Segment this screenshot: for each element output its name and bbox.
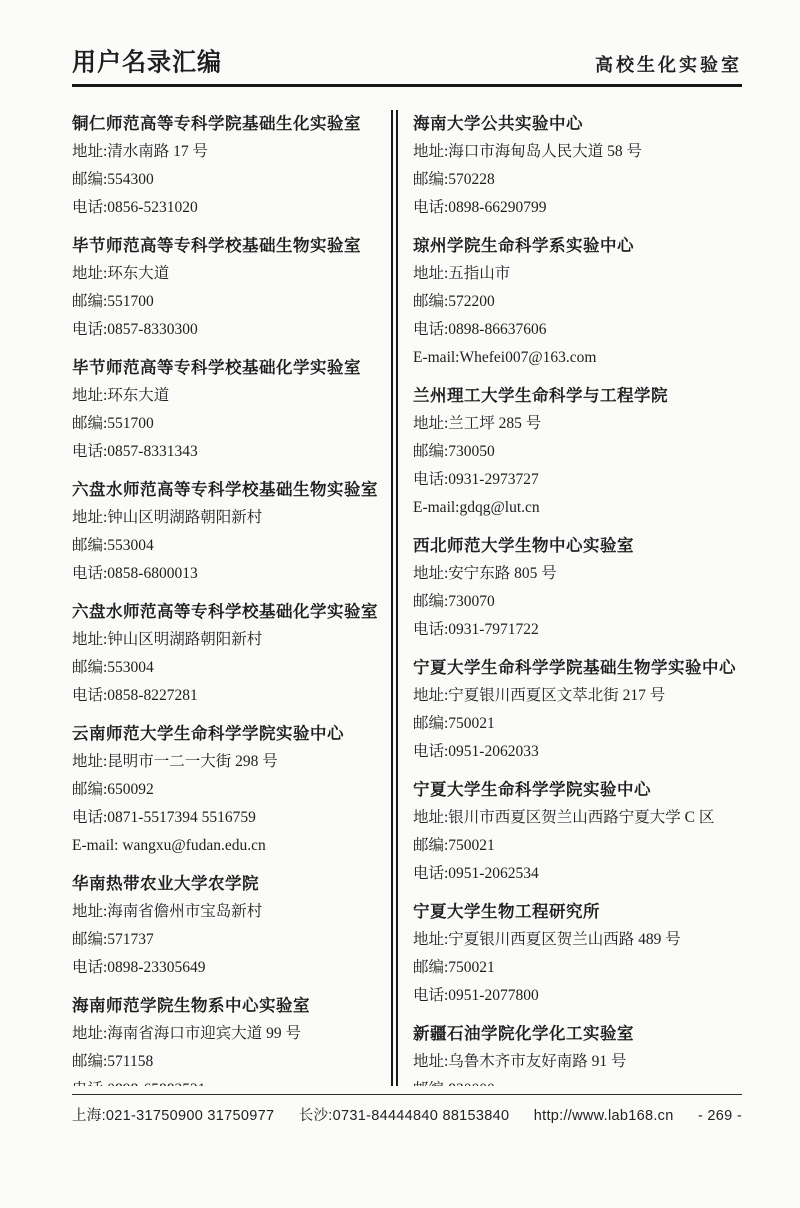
entry-title: 宁夏大学生命科学学院基础生物学实验中心 (413, 654, 742, 682)
page-footer: 上海:021-31750900 31750977 长沙:0731-8444484… (72, 1104, 742, 1125)
entry-line: 地址:钟山区明湖路朝阳新村 (72, 504, 389, 532)
entry-line: 地址:安宁东路 805 号 (413, 560, 742, 588)
entry-title: 琼州学院生命科学系实验中心 (413, 232, 742, 260)
entry-title: 云南师范大学生命科学学院实验中心 (72, 720, 389, 748)
entry-line: 电话:0951-2077800 (413, 982, 742, 1010)
entry-title: 西北师范大学生物中心实验室 (413, 532, 742, 560)
entry-title: 华南热带农业大学农学院 (72, 870, 389, 898)
entry-line: 邮编:750021 (413, 710, 742, 738)
page-header: 用户名录汇编 高校生化实验室 (72, 42, 742, 77)
directory-entry: 兰州理工大学生命科学与工程学院地址:兰工坪 285 号邮编:730050电话:0… (413, 382, 742, 522)
entry-line: 电话:0898-86637606 (413, 316, 742, 344)
directory-entry: 华南热带农业大学农学院地址:海南省儋州市宝岛新村邮编:571737电话:0898… (72, 870, 389, 982)
entry-line: 电话:0871-5517394 5516759 (72, 804, 389, 832)
entry-line: 邮编:830000 (413, 1076, 742, 1086)
section-title: 高校生化实验室 (595, 51, 742, 77)
entry-line: 地址:钟山区明湖路朝阳新村 (72, 626, 389, 654)
directory-entry: 新疆石油学院化学化工实验室地址:乌鲁木齐市友好南路 91 号邮编:830000 (413, 1020, 742, 1086)
entry-title: 毕节师范高等专科学校基础生物实验室 (72, 232, 389, 260)
directory-entry: 宁夏大学生命科学学院实验中心地址:银川市西夏区贺兰山西路宁夏大学 C 区邮编:7… (413, 776, 742, 888)
entry-line: 邮编:730070 (413, 588, 742, 616)
entry-line: 地址:昆明市一二一大街 298 号 (72, 748, 389, 776)
entry-line: 邮编:553004 (72, 532, 389, 560)
entry-title: 宁夏大学生命科学学院实验中心 (413, 776, 742, 804)
entry-title: 宁夏大学生物工程研究所 (413, 898, 742, 926)
entry-line: 电话:0858-8227281 (72, 682, 389, 710)
entry-line: 邮编:571737 (72, 926, 389, 954)
entry-title: 兰州理工大学生命科学与工程学院 (413, 382, 742, 410)
footer-changsha-phones: 长沙:0731-84444840 88153840 (299, 1104, 510, 1125)
directory-entry: 铜仁师范高等专科学院基础生化实验室地址:清水南路 17 号邮编:554300电话… (72, 110, 389, 222)
entry-line: 地址:宁夏银川西夏区贺兰山西路 489 号 (413, 926, 742, 954)
directory-entry: 云南师范大学生命科学学院实验中心地址:昆明市一二一大街 298 号邮编:6500… (72, 720, 389, 860)
entry-line: 邮编:551700 (72, 410, 389, 438)
entry-line: 地址:五指山市 (413, 260, 742, 288)
entry-line: 电话:0931-7971722 (413, 616, 742, 644)
entry-line: 邮编:554300 (72, 166, 389, 194)
directory-entry: 西北师范大学生物中心实验室地址:安宁东路 805 号邮编:730070电话:09… (413, 532, 742, 644)
entry-line: 电话:0857-8331343 (72, 438, 389, 466)
directory-entry: 毕节师范高等专科学校基础化学实验室地址:环东大道邮编:551700电话:0857… (72, 354, 389, 466)
entry-line: E-mail: wangxu@fudan.edu.cn (72, 832, 389, 860)
entry-line: 电话:0951-2062534 (413, 860, 742, 888)
entry-line: 邮编:650092 (72, 776, 389, 804)
entry-line: E-mail:Whefei007@163.com (413, 344, 742, 372)
directory-entry: 海南大学公共实验中心地址:海口市海甸岛人民大道 58 号邮编:570228电话:… (413, 110, 742, 222)
directory-entry: 宁夏大学生命科学学院基础生物学实验中心地址:宁夏银川西夏区文萃北街 217 号邮… (413, 654, 742, 766)
entry-line: 邮编:750021 (413, 832, 742, 860)
directory-entry: 海南师范学院生物系中心实验室地址:海南省海口市迎宾大道 99 号邮编:57115… (72, 992, 389, 1086)
left-column: 铜仁师范高等专科学院基础生化实验室地址:清水南路 17 号邮编:554300电话… (72, 110, 389, 1086)
entry-line: 电话:0857-8330300 (72, 316, 389, 344)
entry-line: 电话:0931-2973727 (413, 466, 742, 494)
entry-line: E-mail:gdqg@lut.cn (413, 494, 742, 522)
entry-line: 邮编:553004 (72, 654, 389, 682)
entry-line: 地址:海南省儋州市宝岛新村 (72, 898, 389, 926)
entry-title: 六盘水师范高等专科学校基础化学实验室 (72, 598, 389, 626)
entry-line: 邮编:730050 (413, 438, 742, 466)
entry-line: 邮编:572200 (413, 288, 742, 316)
entry-line: 电话:0858-6800013 (72, 560, 389, 588)
column-divider (391, 110, 398, 1086)
entry-line: 邮编:750021 (413, 954, 742, 982)
directory-entry: 毕节师范高等专科学校基础生物实验室地址:环东大道邮编:551700电话:0857… (72, 232, 389, 344)
entry-line: 邮编:551700 (72, 288, 389, 316)
directory-entry: 六盘水师范高等专科学校基础生物实验室地址:钟山区明湖路朝阳新村邮编:553004… (72, 476, 389, 588)
entry-line: 电话:0898-66290799 (413, 194, 742, 222)
page-title: 用户名录汇编 (72, 41, 222, 78)
directory-entry: 六盘水师范高等专科学校基础化学实验室地址:钟山区明湖路朝阳新村邮编:553004… (72, 598, 389, 710)
entry-line: 电话:0898-65883521 (72, 1076, 389, 1086)
entry-line: 地址:海南省海口市迎宾大道 99 号 (72, 1020, 389, 1048)
entry-title: 海南大学公共实验中心 (413, 110, 742, 138)
entry-line: 地址:银川市西夏区贺兰山西路宁夏大学 C 区 (413, 804, 742, 832)
header-rule (72, 84, 742, 87)
entry-line: 电话:0856-5231020 (72, 194, 389, 222)
entry-line: 地址:环东大道 (72, 382, 389, 410)
right-column: 海南大学公共实验中心地址:海口市海甸岛人民大道 58 号邮编:570228电话:… (413, 110, 742, 1086)
entry-line: 地址:清水南路 17 号 (72, 138, 389, 166)
entry-line: 地址:海口市海甸岛人民大道 58 号 (413, 138, 742, 166)
directory-entry: 宁夏大学生物工程研究所地址:宁夏银川西夏区贺兰山西路 489 号邮编:75002… (413, 898, 742, 1010)
entry-title: 铜仁师范高等专科学院基础生化实验室 (72, 110, 389, 138)
entry-line: 电话:0898-23305649 (72, 954, 389, 982)
entry-line: 电话:0951-2062033 (413, 738, 742, 766)
entry-title: 海南师范学院生物系中心实验室 (72, 992, 389, 1020)
entry-line: 邮编:571158 (72, 1048, 389, 1076)
directory-content: 铜仁师范高等专科学院基础生化实验室地址:清水南路 17 号邮编:554300电话… (72, 110, 742, 1086)
entry-title: 毕节师范高等专科学校基础化学实验室 (72, 354, 389, 382)
footer-rule (72, 1094, 742, 1095)
entry-line: 地址:兰工坪 285 号 (413, 410, 742, 438)
entry-line: 邮编:570228 (413, 166, 742, 194)
directory-entry: 琼州学院生命科学系实验中心地址:五指山市邮编:572200电话:0898-866… (413, 232, 742, 372)
footer-shanghai-phones: 上海:021-31750900 31750977 (72, 1104, 274, 1125)
footer-page-number: - 269 - (698, 1108, 742, 1124)
footer-website: http://www.lab168.cn (534, 1108, 674, 1124)
entry-line: 地址:宁夏银川西夏区文萃北街 217 号 (413, 682, 742, 710)
entry-line: 地址:乌鲁木齐市友好南路 91 号 (413, 1048, 742, 1076)
entry-title: 六盘水师范高等专科学校基础生物实验室 (72, 476, 389, 504)
entry-line: 地址:环东大道 (72, 260, 389, 288)
entry-title: 新疆石油学院化学化工实验室 (413, 1020, 742, 1048)
directory-page: 用户名录汇编 高校生化实验室 铜仁师范高等专科学院基础生化实验室地址:清水南路 … (0, 0, 800, 1208)
